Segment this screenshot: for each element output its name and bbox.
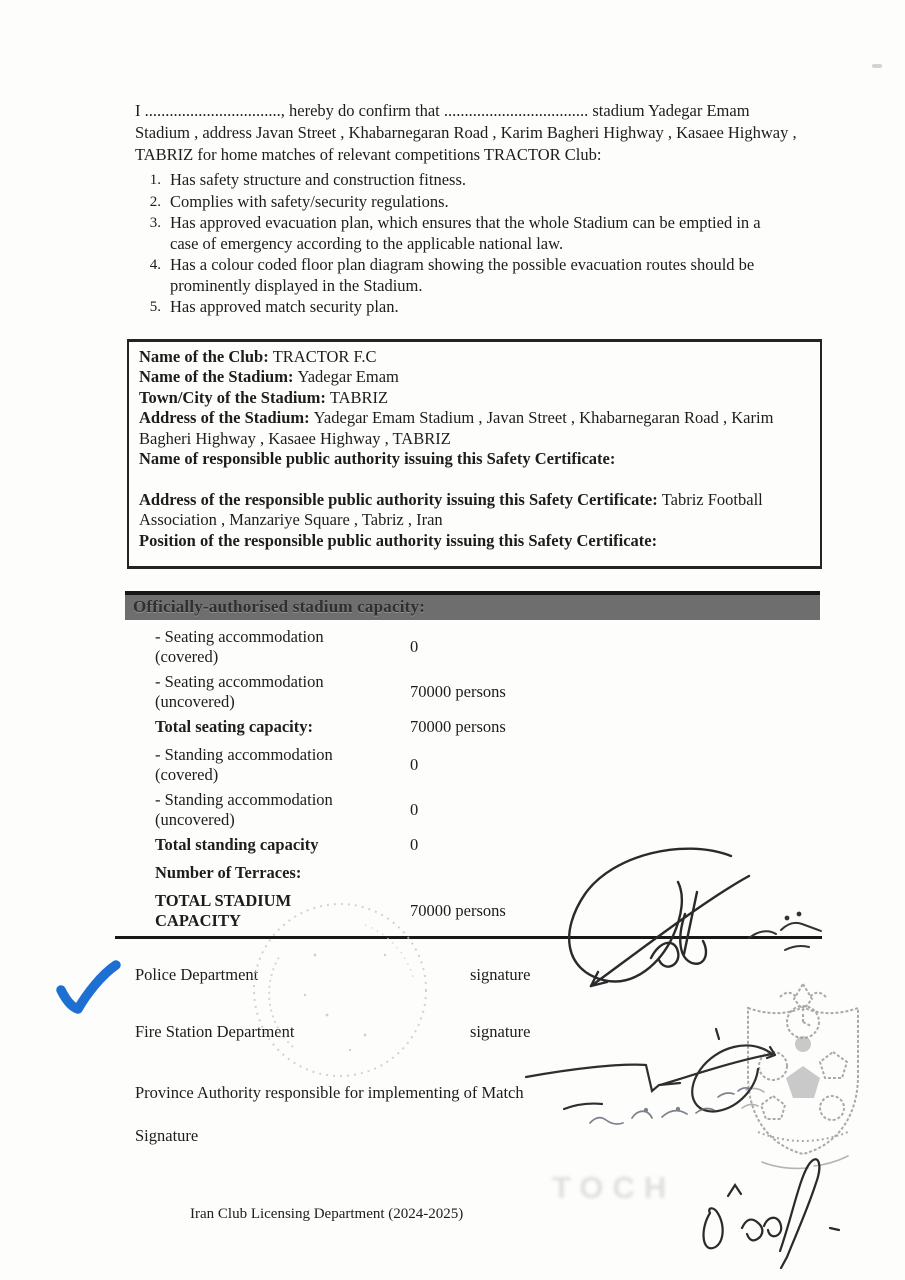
police-sign-row: Police Department signature [135,965,820,985]
signature-word-label: Signature [135,1126,820,1146]
field-value: TABRIZ [330,388,388,407]
conditions-list: 1. Has safety structure and construction… [135,170,775,318]
list-item: 2. Complies with safety/security regulat… [135,192,775,213]
capacity-label: - Standing accommodation (uncovered) [155,790,410,830]
document-content: I ................................., her… [0,0,905,1223]
signature-label: signature [470,965,530,985]
condition-text: Has a colour coded floor plan diagram sh… [170,255,775,296]
field-authority-position: Position of the responsible public autho… [139,531,810,552]
condition-text: Has approved match security plan. [170,297,775,318]
field-value: Yadegar Emam [297,367,398,386]
capacity-label: Number of Terraces: [155,863,410,883]
table-row: TOTAL STADIUM CAPACITY 70000 persons [155,891,795,931]
table-row: Total standing capacity 0 [155,835,795,855]
field-label: Name of responsible public authority iss… [139,449,615,468]
club-info-box: Name of the Club:TRACTOR F.C Name of the… [127,339,822,569]
scanned-safety-certificate-page: I ................................., her… [0,0,905,1280]
field-label: Position of the responsible public autho… [139,531,657,550]
list-item: 5. Has approved match security plan. [135,297,775,318]
confirmation-paragraph: I ................................., her… [135,100,797,166]
table-row: - Standing accommodation (uncovered) 0 [155,790,795,830]
field-value: TRACTOR F.C [273,347,377,366]
capacity-label: Total seating capacity: [155,717,410,737]
capacity-value: 70000 persons [410,901,506,921]
list-number: 4. [135,255,170,296]
table-row: - Seating accommodation (covered) 0 [155,627,795,667]
section-divider-rule [115,936,822,939]
field-stadium-name: Name of the Stadium:Yadegar Emam [139,367,810,388]
capacity-section-header: Officially-authorised stadium capacity: [125,591,820,620]
field-label: Address of the Stadium: [139,408,310,427]
capacity-label: - Seating accommodation (covered) [155,627,410,667]
capacity-value: 70000 persons [410,717,506,737]
field-label: Address of the responsible public author… [139,490,658,509]
list-item: 4. Has a colour coded floor plan diagram… [135,255,775,296]
capacity-value: 70000 persons [410,682,506,702]
list-number: 1. [135,170,170,191]
table-row: Total seating capacity: 70000 persons [155,717,795,737]
bleedthrough-watermark: TOCH [552,1170,722,1206]
table-row: - Seating accommodation (uncovered) 7000… [155,672,795,712]
field-club-name: Name of the Club:TRACTOR F.C [139,347,810,368]
fire-sign-row: Fire Station Department signature [135,1022,820,1042]
list-item: 3. Has approved evacuation plan, which e… [135,213,775,254]
field-label: Name of the Stadium: [139,367,293,386]
capacity-label: - Seating accommodation (uncovered) [155,672,410,712]
field-town-city: Town/City of the Stadium:TABRIZ [139,388,810,409]
field-label: Town/City of the Stadium: [139,388,326,407]
condition-text: Has safety structure and construction fi… [170,170,775,191]
capacity-value: 0 [410,800,418,820]
list-number: 2. [135,192,170,213]
capacity-label: Total standing capacity [155,835,410,855]
field-label: Name of the Club: [139,347,269,366]
field-authority-name: Name of responsible public authority iss… [139,449,810,470]
signature-label: signature [470,1022,530,1042]
list-number: 3. [135,213,170,254]
capacity-value: 0 [410,637,418,657]
list-item: 1. Has safety structure and construction… [135,170,775,191]
capacity-table: - Seating accommodation (covered) 0 - Se… [155,627,795,931]
field-authority-address: Address of the responsible public author… [139,490,810,531]
fire-station-department-label: Fire Station Department [135,1022,470,1042]
scan-artifact-mark [872,64,882,68]
capacity-value: 0 [410,755,418,775]
police-department-label: Police Department [135,965,470,985]
footer-department-line: Iran Club Licensing Department (2024-202… [190,1206,820,1223]
table-row: - Standing accommodation (covered) 0 [155,745,795,785]
capacity-label: TOTAL STADIUM CAPACITY [155,891,410,931]
condition-text: Has approved evacuation plan, which ensu… [170,213,775,254]
list-number: 5. [135,297,170,318]
field-stadium-address: Address of the Stadium:Yadegar Emam Stad… [139,408,810,449]
province-authority-line: Province Authority responsible for imple… [135,1083,820,1103]
condition-text: Complies with safety/security regulation… [170,192,775,213]
capacity-value: 0 [410,835,418,855]
table-row: Number of Terraces: [155,863,795,883]
capacity-label: - Standing accommodation (covered) [155,745,410,785]
